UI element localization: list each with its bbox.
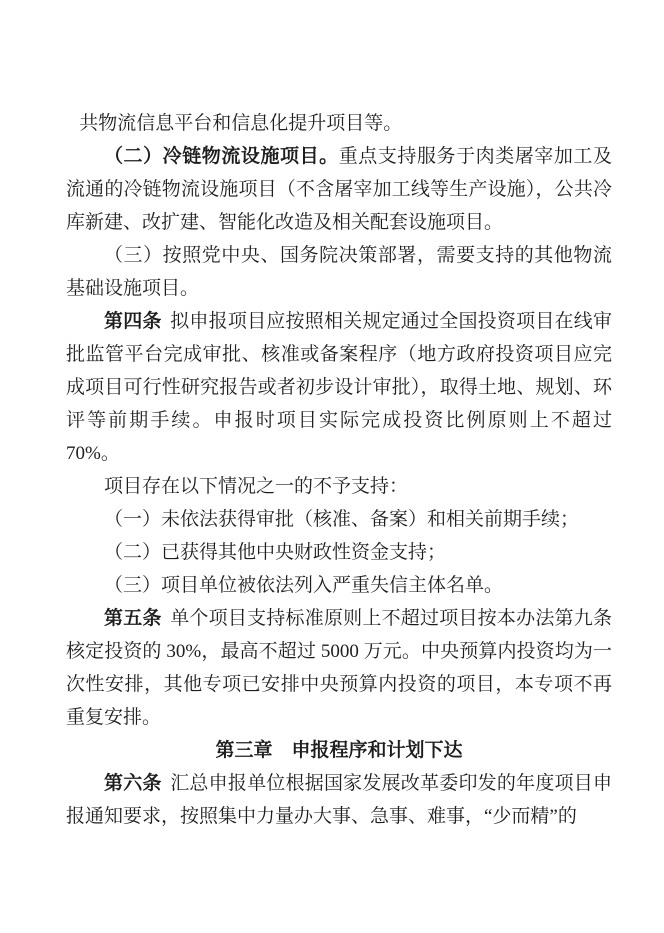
condition-2-paragraph: （二）已获得其他中央财政性资金支持；: [66, 536, 612, 569]
page-content: 共物流信息平台和信息化提升项目等。 （二）冷链物流设施项目。重点支持服务于肉类屠…: [66, 107, 612, 833]
paragraph-continuation: 共物流信息平台和信息化提升项目等。: [66, 107, 612, 140]
article-4-label: 第四条: [104, 311, 162, 332]
item-3-paragraph: （三）按照党中央、国务院决策部署，需要支持的其他物流基础设施项目。: [66, 239, 612, 305]
article-6-paragraph: 第六条汇总申报单位根据国家发展改革委印发的年度项目申报通知要求，按照集中力量办大…: [66, 767, 612, 833]
document-page: 共物流信息平台和信息化提升项目等。 （二）冷链物流设施项目。重点支持服务于肉类屠…: [0, 0, 664, 933]
article-5-paragraph: 第五条单个项目支持标准原则上不超过项目按本办法第九条核定投资的 30%，最高不超…: [66, 602, 612, 734]
conditions-intro-paragraph: 项目存在以下情况之一的不予支持：: [66, 470, 612, 503]
paragraph-text: 拟申报项目应按照相关规定通过全国投资项目在线审批监管平台完成审批、核准或备案程序…: [66, 311, 612, 464]
article-5-label: 第五条: [104, 608, 162, 629]
paragraph-text: （一）未依法获得审批（核准、备案）和相关前期手续；: [104, 509, 579, 530]
chapter-3-heading: 第三章 申报程序和计划下达: [66, 734, 612, 767]
condition-3-paragraph: （三）项目单位被依法列入严重失信主体名单。: [66, 569, 612, 602]
paragraph-text: （三）项目单位被依法列入严重失信主体名单。: [104, 575, 503, 596]
item-2-title: （二）冷链物流设施项目。: [104, 146, 339, 167]
paragraph-text: （三）按照党中央、国务院决策部署，需要支持的其他物流基础设施项目。: [66, 245, 612, 299]
paragraph-text: 项目存在以下情况之一的不予支持：: [104, 476, 408, 497]
condition-1-paragraph: （一）未依法获得审批（核准、备案）和相关前期手续；: [66, 503, 612, 536]
article-6-label: 第六条: [104, 773, 162, 794]
paragraph-text: （二）已获得其他中央财政性资金支持；: [104, 542, 446, 563]
article-4-paragraph: 第四条拟申报项目应按照相关规定通过全国投资项目在线审批监管平台完成审批、核准或备…: [66, 305, 612, 470]
item-2-paragraph: （二）冷链物流设施项目。重点支持服务于肉类屠宰加工及流通的冷链物流设施项目（不含…: [66, 140, 612, 239]
paragraph-text: 共物流信息平台和信息化提升项目等。: [79, 113, 402, 134]
